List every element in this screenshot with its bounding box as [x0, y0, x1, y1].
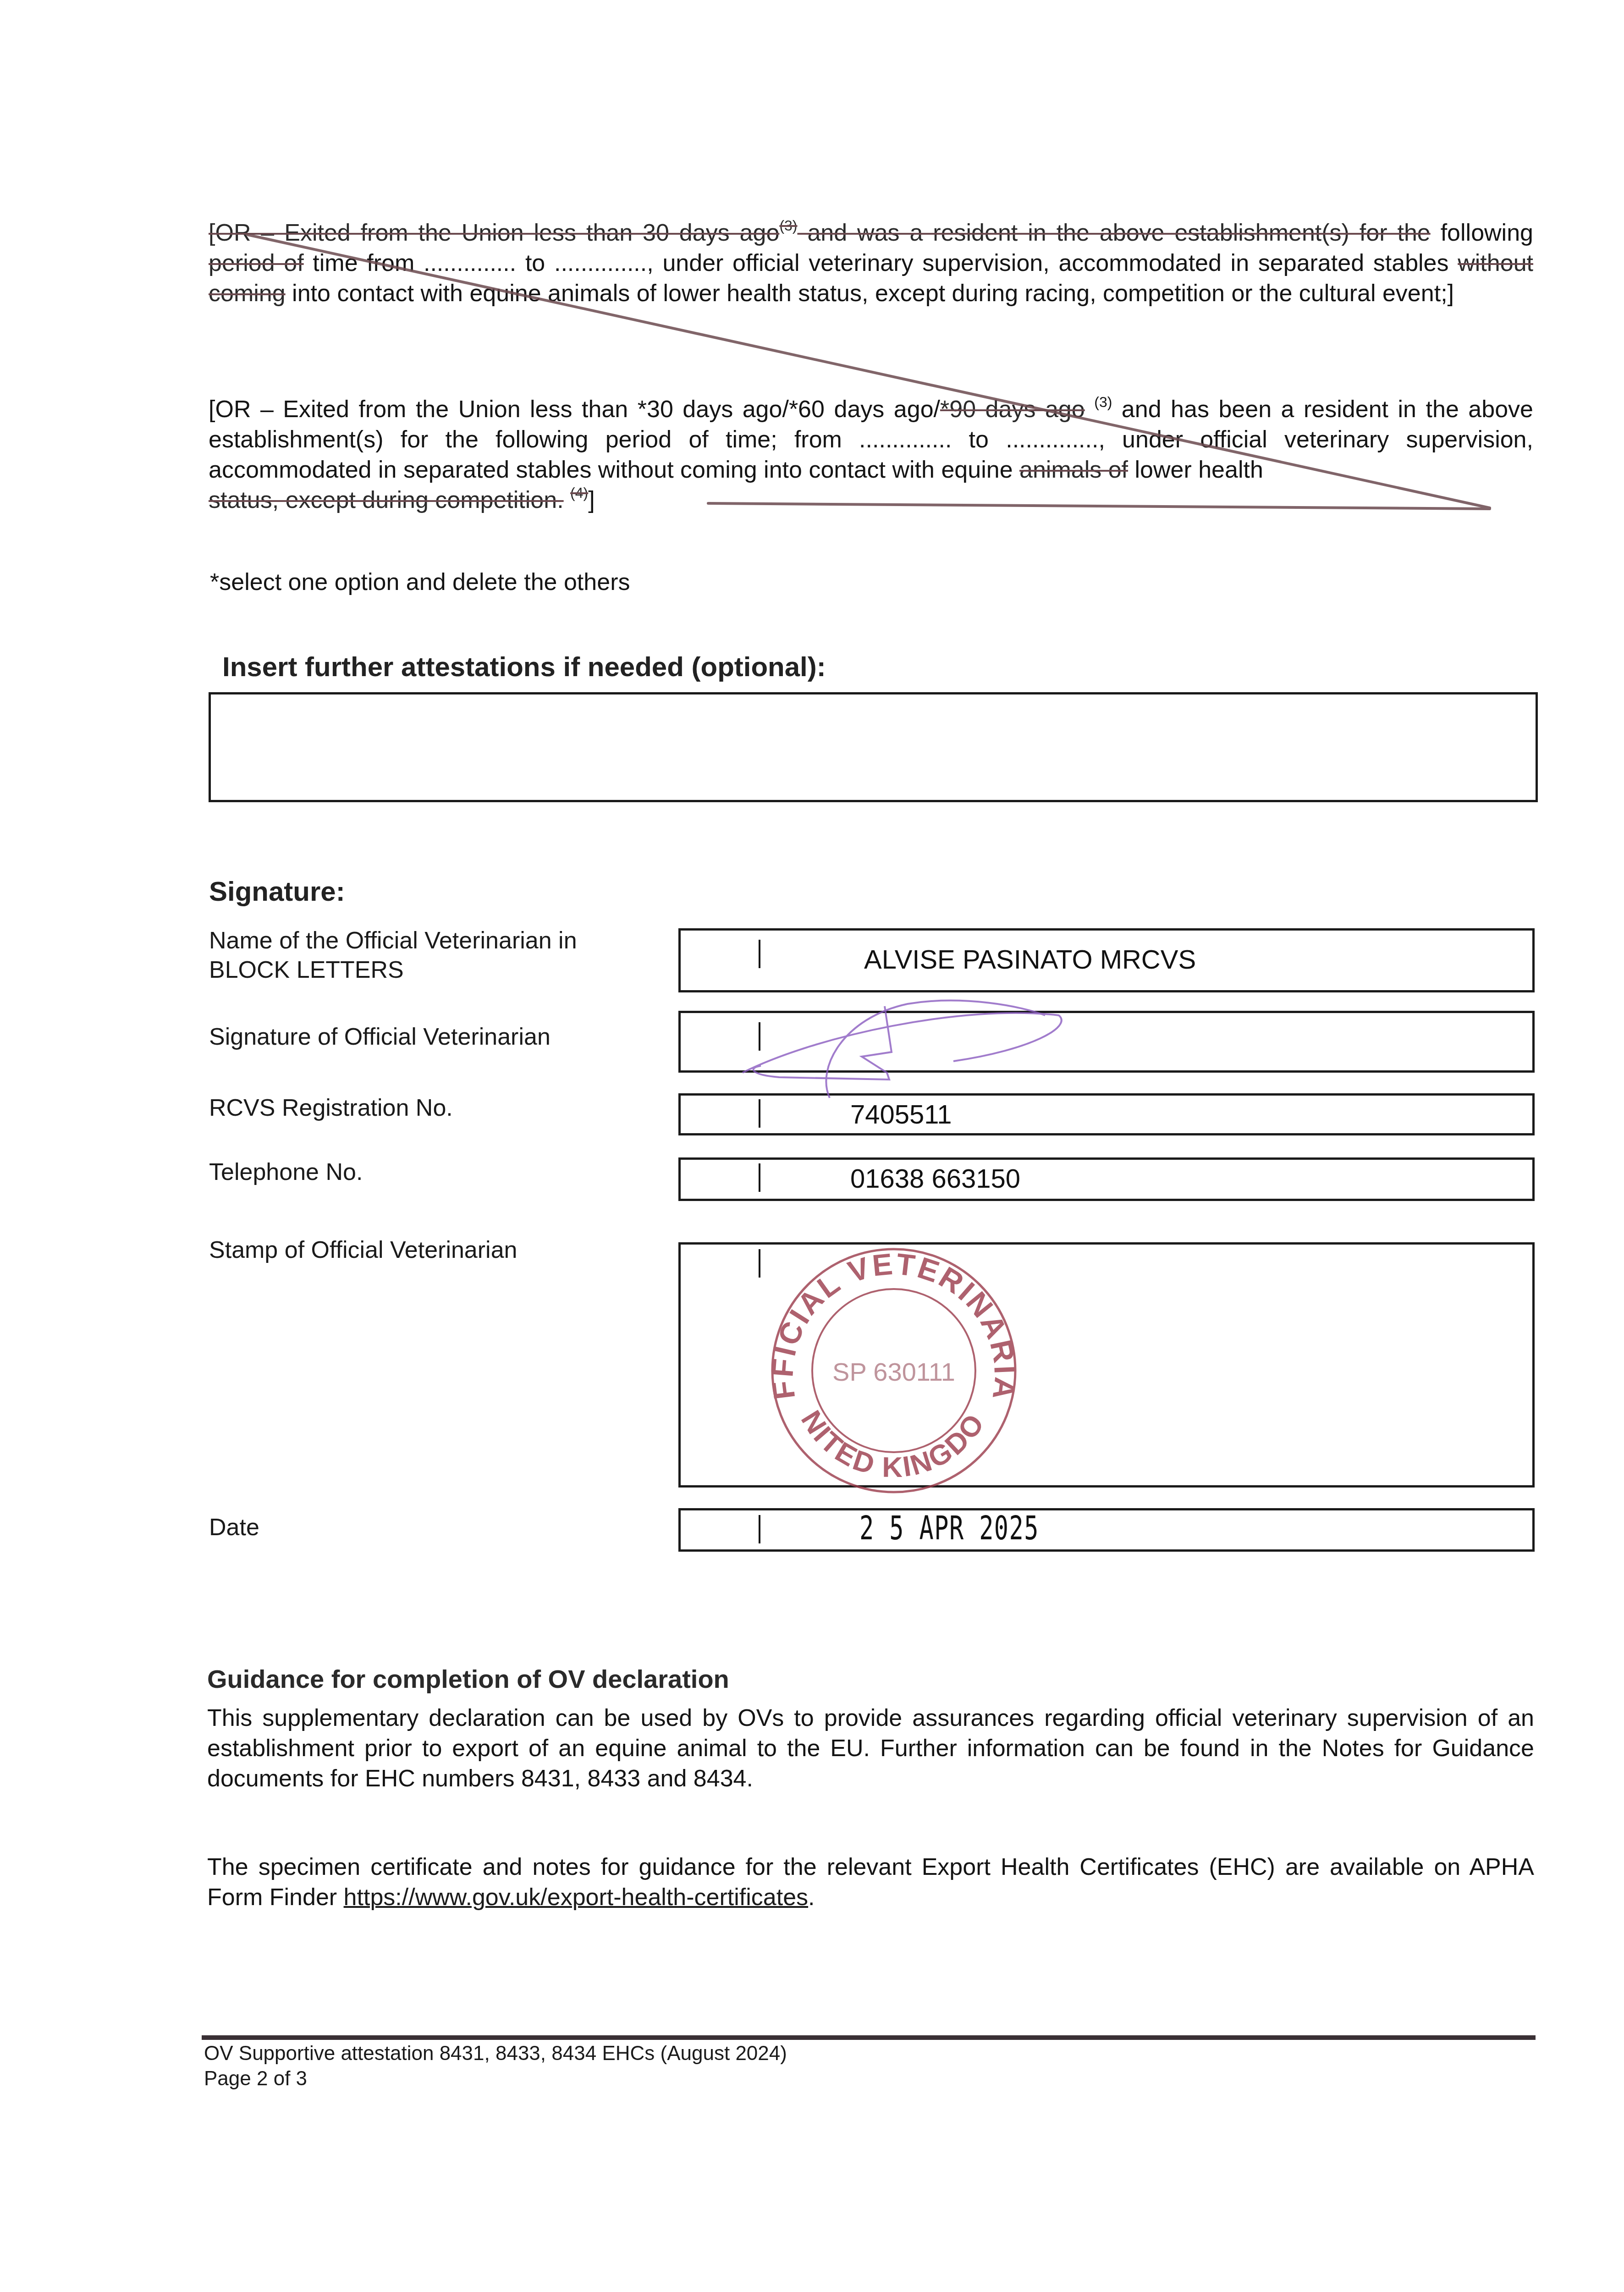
- export-health-certificates-link[interactable]: https://www.gov.uk/export-health-certifi…: [344, 1884, 808, 1911]
- name-value: ALVISE PASINATO MRCVS: [864, 944, 1196, 975]
- telephone-value: 01638 663150: [850, 1163, 1020, 1194]
- footer-document-title: OV Supportive attestation 8431, 8433, 84…: [204, 2042, 787, 2065]
- text-cursor-mark: [759, 1515, 760, 1543]
- option-b-paragraph: [OR – Exited from the Union less than *3…: [209, 394, 1533, 515]
- date-value: 2 5 APR 2025: [859, 1509, 1039, 1547]
- text-cursor-mark: [759, 1022, 760, 1051]
- name-label: Name of the Official Veterinarian in BLO…: [209, 926, 622, 985]
- footer-divider: [202, 2035, 1536, 2040]
- guidance-title: Guidance for completion of OV declaratio…: [207, 1664, 729, 1694]
- text-cursor-mark: [759, 1163, 760, 1192]
- guidance-paragraph-1: This supplementary declaration can be us…: [207, 1703, 1534, 1794]
- page-number: Page 2 of 3: [204, 2067, 307, 2090]
- text-cursor-mark: [759, 940, 760, 968]
- guidance-paragraph-2: The specimen certificate and notes for g…: [207, 1852, 1534, 1912]
- further-attestations-title: Insert further attestations if needed (o…: [222, 651, 826, 683]
- signature-section-title: Signature:: [209, 876, 345, 907]
- option-a-paragraph: [OR – Exited from the Union less than 30…: [209, 218, 1533, 309]
- rcvs-field[interactable]: 7405511: [678, 1093, 1535, 1135]
- stamp-field[interactable]: [678, 1242, 1535, 1488]
- date-field[interactable]: 2 5 APR 2025: [678, 1508, 1535, 1552]
- stamp-label: Stamp of Official Veterinarian: [209, 1235, 517, 1265]
- text-cursor-mark: [759, 1099, 760, 1128]
- name-field[interactable]: ALVISE PASINATO MRCVS: [678, 928, 1535, 992]
- signature-label: Signature of Official Veterinarian: [209, 1022, 551, 1052]
- struck-text: [OR – Exited from the Union less than 30…: [209, 220, 779, 246]
- telephone-field[interactable]: 01638 663150: [678, 1157, 1535, 1201]
- select-option-note: *select one option and delete the others: [210, 568, 630, 596]
- date-label: Date: [209, 1513, 259, 1542]
- further-attestations-field[interactable]: [209, 692, 1538, 802]
- signature-field[interactable]: [678, 1011, 1535, 1073]
- text-cursor-mark: [759, 1249, 760, 1278]
- rcvs-value: 7405511: [850, 1099, 952, 1130]
- handwritten-overlay: OFFICIAL VETERINARIAN UNITED KINGDOM SP …: [0, 0, 1624, 2292]
- telephone-label: Telephone No.: [209, 1157, 363, 1187]
- rcvs-label: RCVS Registration No.: [209, 1093, 453, 1123]
